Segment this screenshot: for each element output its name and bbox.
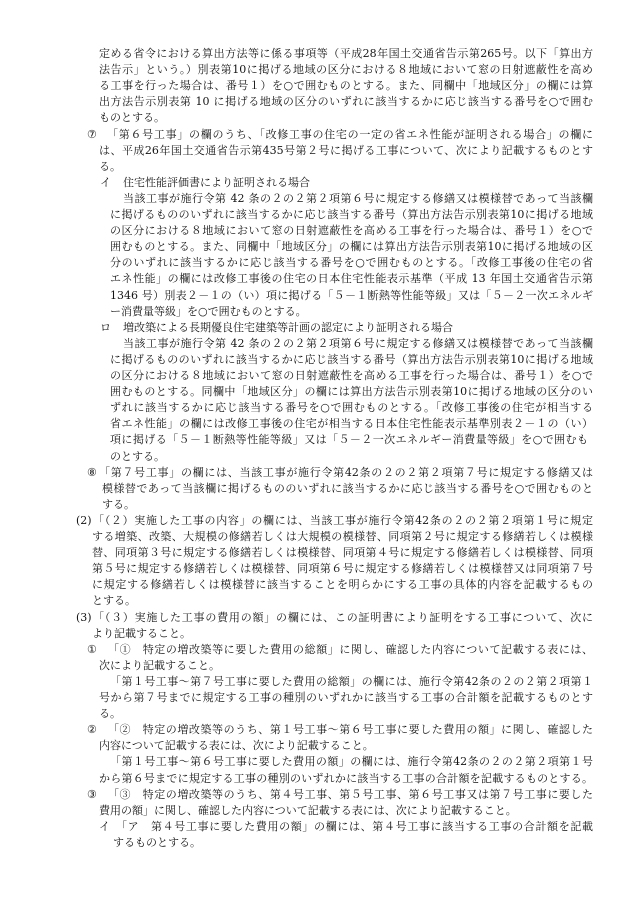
text-line: 「第１号工事～第７号工事に要した費用の総額」の欄には、施行令第42条の２の２第２… [110, 674, 593, 690]
text-line: る。 [99, 159, 121, 175]
text-line: 「第７号工事」の欄には、当該工事が施行令第42条の２の２第２項第７号に規定する修… [99, 465, 593, 481]
section-marker: (2) [76, 513, 92, 529]
text-line: る工事を行った場合は、番号１）を○で囲むものとする。また、同欄中「地域区分」の欄… [99, 78, 593, 94]
text-line: する増築、改築、大規模の修繕若しくは大規模の模様替、同項第２号に規定する修繕若し… [92, 529, 593, 545]
section-marker: (3) [76, 610, 92, 626]
item-marker: ② [87, 722, 97, 738]
text-line: から第６号までに規定する工事の種別のいずれかに該当する工事の合計額を記載するもの… [99, 771, 593, 787]
text-line: 「（２）実施した工事の内容」の欄には、当該工事が施行令第42条の２の２第２項第１… [93, 513, 593, 529]
text-line: 省エネ性能」の欄には改修工事後の住宅が相当する日本住宅性能表示基準別表２－１の（… [110, 416, 593, 432]
text-line: する。 [102, 497, 135, 513]
text-line: 「ア 第４号工事に要した費用の額」の欄には、第４号工事に該当する工事の合計額を記… [116, 819, 593, 835]
text-line: 「② 特定の増改築等のうち、第１号工事～第６号工事に要した費用の額」に関し、確認… [108, 722, 593, 738]
item-marker: ⑦ [87, 127, 97, 143]
text-line: するものとする。 [113, 835, 201, 851]
sub-item-marker: イ [100, 175, 111, 191]
sub-item-heading: 増改築による長期優良住宅建築等計画の認定により証明される場合 [123, 320, 453, 336]
text-line: の区分における８地域において窓の日射遮蔽性を高める工事を行った場合は、番号１）を… [110, 223, 593, 239]
document-page: 定める省令における算出方法等に係る事項等（平成28年国土交通省告示第265号。以… [0, 0, 630, 903]
sub-item-marker: ロ [100, 320, 111, 336]
text-line: 替、同項第３号に規定する修繕若しくは模様替、同項第４号に規定する修繕若しくは模様… [92, 545, 593, 561]
text-line: 号から第７号までに規定する工事の種別のいずれかに該当する工事の合計額を記載するも… [99, 690, 593, 706]
text-line: 模様替であって当該欄に掲げるもののいずれに該当するかに応じ該当する番号を○で囲む… [102, 481, 593, 497]
text-line: に掲げるもののいずれに該当するかに応じ該当する番号（算出方法告示別表第10に掲げ… [110, 207, 593, 223]
text-line: とする。 [92, 593, 136, 609]
text-line: 「① 特定の増改築等に要した費用の総額」に関し、確認した内容について記載する表に… [108, 642, 593, 658]
text-line: より記載すること。 [92, 626, 191, 642]
text-line: に掲げるもののいずれに該当するかに応じ該当する番号（算出方法告示別表第10に掲げ… [110, 352, 593, 368]
text-line: は、平成26年国土交通省告示第435号第２号に掲げる工事について、次により記載す… [99, 143, 593, 159]
text-line: 「③ 特定の増改築等のうち、第４号工事、第５号工事、第６号工事又は第７号工事に要… [108, 787, 593, 803]
text-line: 費用の額」に関し、確認した内容について記載する表には、次により記載すること。 [99, 803, 517, 819]
text-line: のとする。 [110, 449, 165, 465]
text-line: ものとする。 [99, 110, 165, 126]
text-line: 囲むものとする。同欄中「地域区分」の欄には算出方法告示別表第10に掲げる地域の区… [110, 384, 593, 400]
text-line: る。 [99, 706, 121, 722]
item-marker: ③ [87, 787, 97, 803]
text-line: 1346 号）別表２－１の（い）項に掲げる「５－１断熱等性能等級」又は「５－２一… [110, 288, 593, 304]
item-marker: ⑧ [87, 465, 97, 481]
text-line: 項に掲げる「５－１断熱等性能等級」又は「５－２一次エネルギー消費量等級」を○で囲… [110, 432, 588, 448]
text-line: 当該工事が施行令第 42 条の２の２第２項第６号に規定する修繕又は模様替であって… [123, 336, 593, 352]
sub-item-heading: 住宅性能評価書により証明される場合 [123, 175, 310, 191]
text-line: に規定する修繕若しくは模様替に該当することを明らかにする工事の具体的内容を記載す… [92, 577, 593, 593]
text-line: ー消費量等級」を○で囲むものとする。 [110, 304, 307, 320]
text-line: 囲むものとする。また、同欄中「地域区分」の欄には算出方法告示別表第10に掲げる地… [110, 239, 593, 255]
text-line: 次により記載すること。 [99, 658, 220, 674]
text-line: 法告示」という。）別表第10に掲げる地域の区分における８地域において窓の日射遮蔽… [99, 62, 593, 78]
text-line: 「（３）実施した工事の費用の額」の欄には、この証明書により証明をする工事について… [93, 610, 593, 626]
text-line: 当該工事が施行令第 42 条の２の２第２項第６号に規定する修繕又は模様替であって… [123, 191, 593, 207]
text-line: 内容について記載する表には、次により記載すること。 [99, 738, 374, 754]
text-line: ずれに該当するかに応じ該当する番号を○で囲むものとする。「改修工事後の住宅が相当… [110, 400, 593, 416]
item-marker: ① [87, 642, 97, 658]
text-line: 「第６号工事」の欄のうち、「改修工事の住宅の一定の省エネ性能が証明される場合」の… [107, 127, 593, 143]
text-line: 「第１号工事～第６号工事に要した費用の額」の欄には、施行令第42条の２の２第２項… [110, 754, 593, 770]
text-line: 第５号に規定する修繕若しくは模様替、同項第６号に規定する修繕若しくは模様替又は同… [92, 561, 593, 577]
text-line: 分のいずれに該当するかに応じ該当する番号を○で囲むものとする。「改修工事後の住宅… [110, 255, 593, 271]
text-line: 定める省令における算出方法等に係る事項等（平成28年国土交通省告示第265号。以… [99, 46, 593, 62]
text-line: 出方法告示別表第 10 に掲げる地域の区分のいずれに該当するかに応じ該当する番号… [99, 94, 593, 110]
sub-item-marker: イ [99, 819, 110, 835]
text-line: の区分における８地域において窓の日射遮蔽性を高める工事を行った場合は、番号１）を… [110, 368, 593, 384]
text-line: エネ性能」の欄には改修工事後の住宅の日本住宅性能表示基準（平成 13 年国土交通… [110, 271, 593, 287]
